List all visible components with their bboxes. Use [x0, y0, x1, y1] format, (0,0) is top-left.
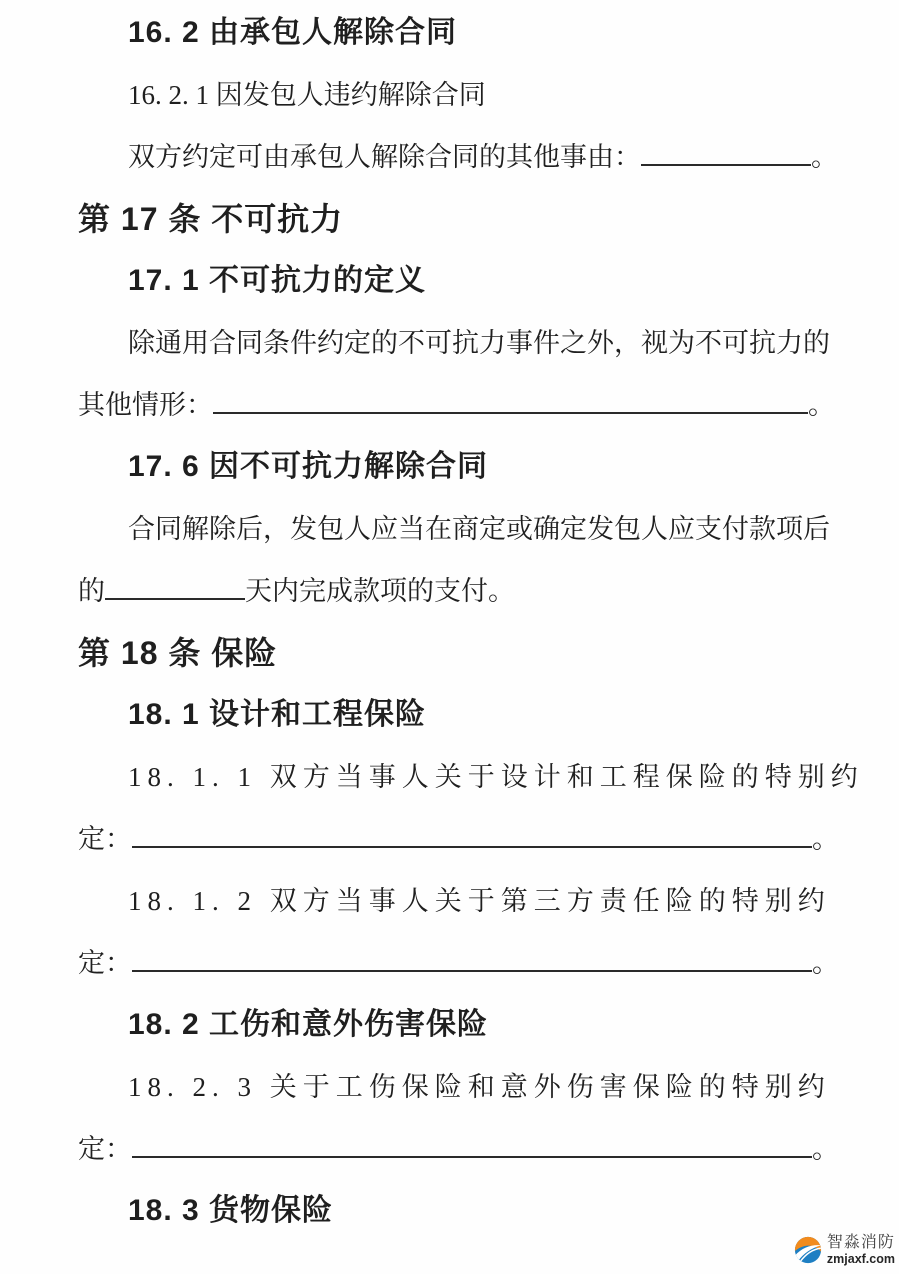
para-text-pre: 其他情形： [78, 390, 213, 420]
heading-18-3: 18. 3 货物保险 [128, 1180, 899, 1242]
para-16-2-1: 16. 2. 1 因发包人违约解除合同 [128, 64, 899, 126]
para-text-pre: 定： [78, 948, 132, 978]
fill-in-blank-days [105, 594, 245, 600]
para-18-1-2-line1: 18. 1. 2 双方当事人关于第三方责任险的特别约 [128, 870, 899, 932]
fill-in-blank [641, 160, 811, 166]
para-termination-other-causes: 双方约定可由承包人解除合同的其他事由：。 [128, 126, 899, 188]
para-text-post: 。 [812, 948, 839, 978]
zhimiao-logo-icon [794, 1236, 822, 1264]
para-force-majeure-definition-line1: 除通用合同条件约定的不可抗力事件之外，视为不可抗力的 [128, 312, 899, 374]
watermark-brand: 智淼消防 [827, 1234, 895, 1252]
para-18-1-1-line2: 定：。 [78, 808, 899, 870]
heading-16-2: 16. 2 由承包人解除合同 [128, 2, 899, 64]
heading-17-1: 17. 1 不可抗力的定义 [128, 250, 899, 312]
para-text-pre: 双方约定可由承包人解除合同的其他事由： [128, 142, 641, 172]
para-text-post: 。 [811, 142, 838, 172]
para-18-1-1-line1: 18. 1. 1 双方当事人关于设计和工程保险的特别约 [128, 746, 899, 808]
para-text-pre: 定： [78, 1134, 132, 1164]
para-text-post: 天内完成款项的支付。 [245, 576, 515, 606]
para-17-6-line1: 合同解除后，发包人应当在商定或确定发包人应支付款项后 [128, 498, 899, 560]
fill-in-blank [132, 1152, 812, 1158]
para-18-1-2-line2: 定：。 [78, 932, 899, 994]
para-text-post: 。 [808, 390, 835, 420]
para-force-majeure-definition-line2: 其他情形：。 [78, 374, 899, 436]
heading-article-18: 第 18 条 保险 [78, 622, 899, 684]
para-text-pre: 定： [78, 824, 132, 854]
para-17-6-line2: 的天内完成款项的支付。 [78, 560, 899, 622]
fill-in-blank [213, 408, 808, 414]
para-text-pre: 的 [78, 576, 105, 606]
heading-18-2: 18. 2 工伤和意外伤害保险 [128, 994, 899, 1056]
para-18-2-3-line2: 定：。 [78, 1118, 899, 1180]
heading-18-1: 18. 1 设计和工程保险 [128, 684, 899, 746]
heading-17-6: 17. 6 因不可抗力解除合同 [128, 436, 899, 498]
para-18-2-3-line1: 18. 2. 3 关于工伤保险和意外伤害保险的特别约 [128, 1056, 899, 1118]
fill-in-blank [132, 966, 812, 972]
para-text-post: 。 [812, 824, 839, 854]
heading-article-17: 第 17 条 不可抗力 [78, 188, 899, 250]
para-text-post: 。 [812, 1134, 839, 1164]
contract-text-body: 16. 2 由承包人解除合同 16. 2. 1 因发包人违约解除合同 双方约定可… [0, 0, 899, 1242]
document-page: 16. 2 由承包人解除合同 16. 2. 1 因发包人违约解除合同 双方约定可… [0, 0, 899, 1274]
watermark: 智淼消防 zmjaxf.com [794, 1234, 895, 1266]
fill-in-blank [132, 842, 812, 848]
watermark-domain: zmjaxf.com [827, 1252, 895, 1266]
